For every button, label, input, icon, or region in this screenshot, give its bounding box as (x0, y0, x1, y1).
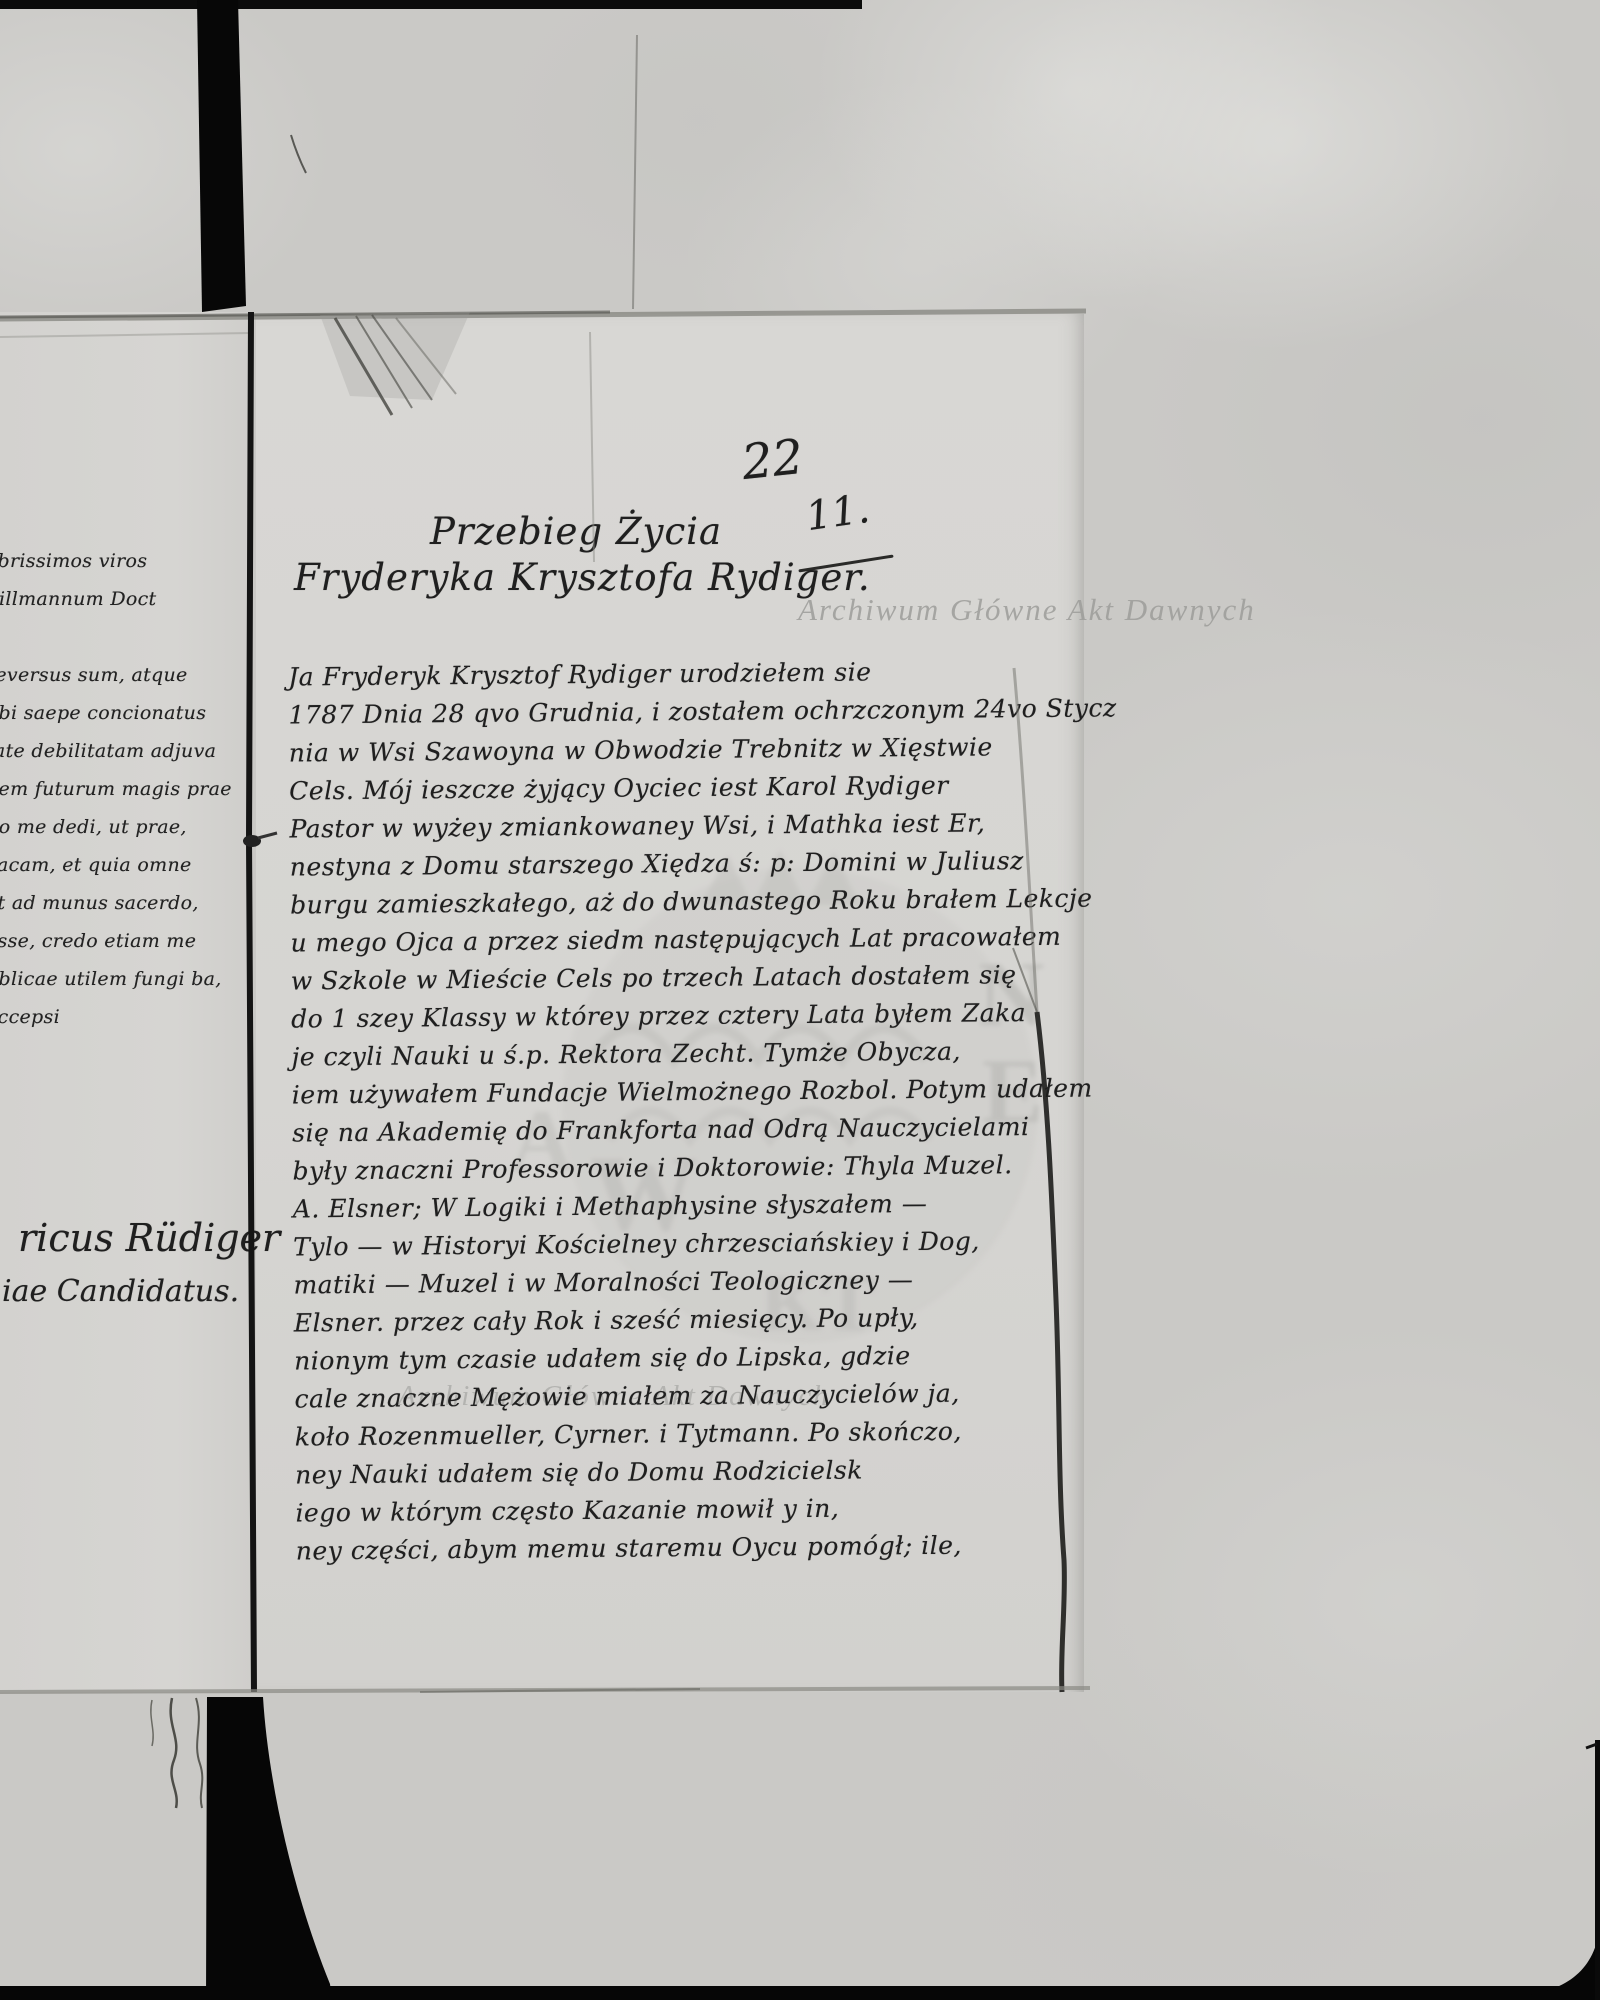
manuscript-title-line2: Fryderyka Krysztofa Rydiger. (294, 556, 871, 599)
fragment-line: ublicae utilem fungi ba, (0, 960, 258, 998)
binding-thread-1 (171, 1698, 177, 1808)
film-gutter-upper (197, 0, 246, 312)
manuscript-line: do 1 szey Klassy w którey przez cztery L… (291, 994, 1091, 1039)
hairline-upper (633, 35, 637, 309)
signature-title: iae Candidatus. (2, 1274, 239, 1309)
scratch-mark (291, 135, 306, 173)
binding-thread-3 (151, 1700, 153, 1746)
film-corner-bottom-right (1510, 1925, 1600, 1997)
manuscript-line: Tylo — w Historyi Kościelney chrzesciańs… (293, 1222, 1093, 1267)
signature-name: ricus Rüdiger (18, 1216, 280, 1260)
dust-specks (0, 0, 2, 2)
page-number: 22 (739, 429, 806, 491)
film-edge-right (1595, 1740, 1600, 2000)
archival-scan-page: { "colors": { "background": "#cac9c6", "… (0, 0, 1600, 2000)
fragment-line: accepsi (0, 998, 258, 1036)
left-page-fragment-text: ebrissimos virosTillmannum Doct reversus… (0, 542, 258, 1036)
fragment-line: et ad munus sacerdo, (0, 884, 258, 922)
manuscript-line: nia w Wsi Szawoyna w Obwodzie Trebnitz w… (289, 728, 1089, 773)
binding-thread-2 (196, 1698, 202, 1808)
fragment-line: nem futurum magis prae (0, 770, 258, 808)
manuscript-line: były znaczni Professorowie i Doktorowie:… (292, 1146, 1092, 1191)
fragment-line: ebrissimos viros (0, 542, 258, 580)
fragment-line: reversus sum, atque (0, 656, 258, 694)
fragment-line: esse, credo etiam me (0, 922, 258, 960)
film-strip-bottom (0, 1986, 1600, 2000)
film-edge-notch (1586, 1744, 1597, 1748)
fragment-line: ubi saepe concionatus (0, 694, 258, 732)
manuscript-title-line1: Przebieg Życia (430, 510, 722, 553)
fragment-line: Tillmannum Doct (0, 580, 258, 618)
fragment-line: vacam, et quia omne (0, 846, 258, 884)
film-strip-top (0, 0, 862, 9)
film-gutter-lower (206, 1697, 332, 2000)
fragment-line: lio me dedi, ut prae, (0, 808, 258, 846)
manuscript-body-text: Ja Fryderyk Krysztof Rydiger urodziełem … (288, 652, 1096, 1571)
fragment-line: tate debilitatam adjuva (0, 732, 258, 770)
fragment-line (0, 618, 258, 656)
folio-number: 11. (803, 486, 872, 540)
manuscript-line: ney części, abym memu staremu Oycu pomóg… (296, 1525, 1096, 1570)
